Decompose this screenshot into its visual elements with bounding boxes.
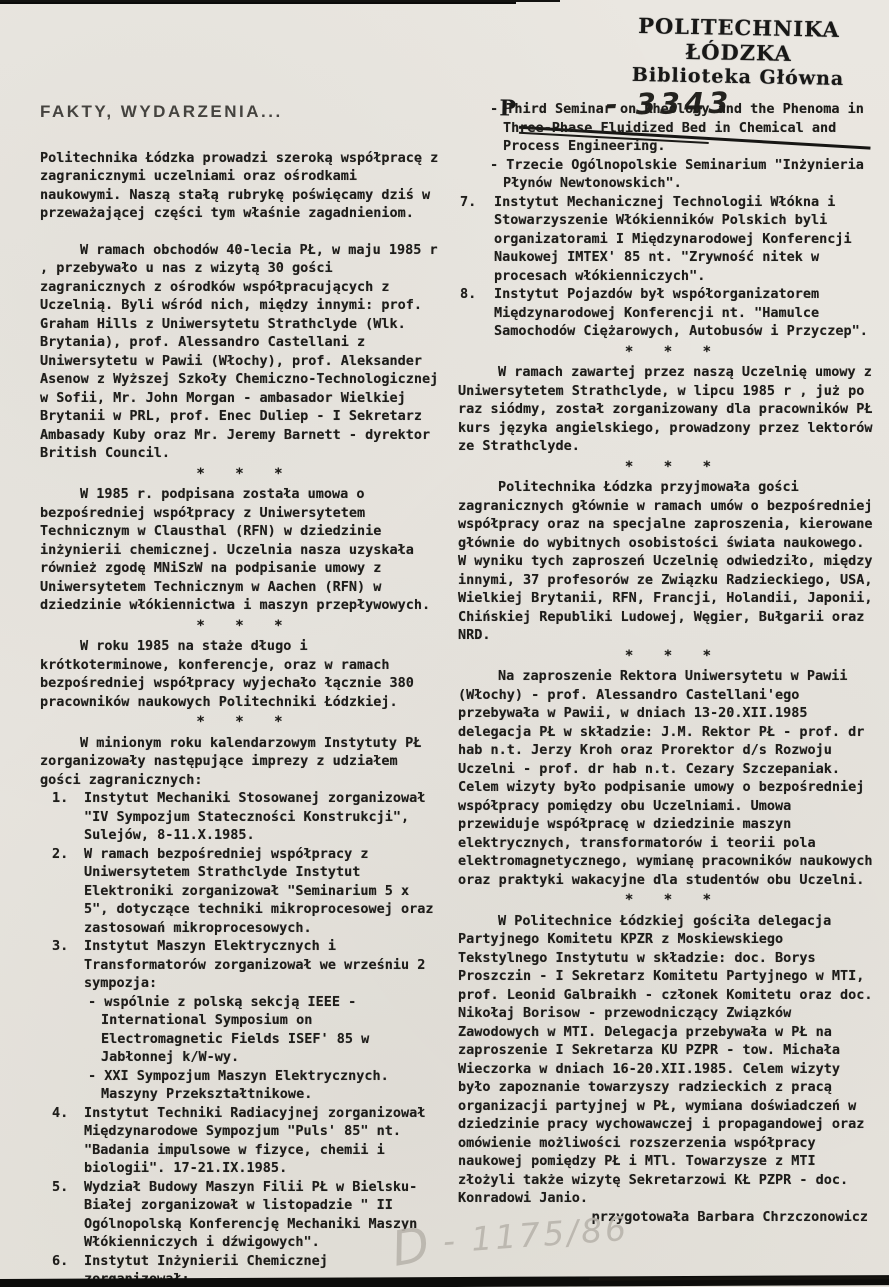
item-number: 2. bbox=[52, 845, 68, 864]
item-number: 8. bbox=[460, 285, 476, 304]
stars-separator: * * * bbox=[458, 343, 878, 362]
item-text: Instytut Techniki Radiacyjnej zorganizow… bbox=[84, 1105, 425, 1177]
paragraph-agreement: W 1985 r. podpisana została umowa o bezp… bbox=[40, 485, 439, 615]
item-number: 4. bbox=[52, 1104, 68, 1123]
paragraph-english-course: W ramach zawartej przez naszą Uczelnię u… bbox=[458, 363, 878, 456]
item-number: 6. bbox=[52, 1252, 68, 1271]
numbered-item-4: 4. Instytut Techniki Radiacyjnej zorgani… bbox=[40, 1104, 439, 1178]
pencil-number: - 1175/86 bbox=[442, 1209, 631, 1261]
paragraph-foreign-guests: Politechnika Łódzka przyjmowała gości za… bbox=[458, 478, 878, 645]
pencil-doodle: D bbox=[388, 1216, 434, 1278]
paragraph-pavia-delegation: Na zaproszenie Rektora Uniwersytetu w Pa… bbox=[458, 667, 878, 889]
numbered-item-8: 8. Instytut Pojazdów był współorganizato… bbox=[458, 285, 878, 341]
paragraph-kpzr-delegation: W Politechnice Łódzkiej gościła delegacj… bbox=[458, 912, 878, 1208]
sub-item: - Trzecie Ogólnopolskie Seminarium "Inży… bbox=[458, 156, 878, 193]
item-text: W ramach bezpośredniej współpracy z Uniw… bbox=[84, 846, 434, 936]
column-right: - Third Seminar on Rheology and the Phen… bbox=[458, 100, 878, 1226]
sub-item: - Third Seminar on Rheology and the Phen… bbox=[458, 100, 878, 156]
numbered-item-1: 1. Instytut Mechaniki Stosowanej zorgani… bbox=[40, 789, 439, 845]
numbered-item-7: 7. Instytut Mechanicznej Technologii Włó… bbox=[458, 193, 878, 286]
scanned-document-page: POLITECHNIKA ŁÓDZKA Biblioteka Główna P … bbox=[0, 0, 889, 1287]
sub-item: - wspólnie z polską sekcją IEEE - Intern… bbox=[40, 993, 439, 1067]
item-text: Instytut Pojazdów był współorganizatorem… bbox=[494, 286, 868, 339]
stamp-institution-name: POLITECHNIKA ŁÓDZKA bbox=[588, 12, 889, 68]
paragraph-trips: W roku 1985 na staże długo i krótkotermi… bbox=[40, 637, 439, 711]
paragraph-intro: Politechnika Łódzka prowadzi szeroką wsp… bbox=[40, 149, 439, 223]
item-number: 1. bbox=[52, 789, 68, 808]
stars-separator: * * * bbox=[40, 465, 439, 484]
item-number: 3. bbox=[52, 937, 68, 956]
stars-separator: * * * bbox=[40, 713, 439, 732]
paragraph-visits: W ramach obchodów 40-lecia PŁ, w maju 19… bbox=[40, 241, 439, 463]
stars-separator: * * * bbox=[458, 891, 878, 910]
sub-item: - XXI Sympozjum Maszyn Elektrycznych. Ma… bbox=[40, 1067, 439, 1104]
stars-separator: * * * bbox=[458, 647, 878, 666]
item-text: Instytut Mechanicznej Technologii Włókna… bbox=[494, 194, 852, 284]
stars-separator: * * * bbox=[458, 458, 878, 477]
paragraph-events-intro: W minionym roku kalendarzowym Instytuty … bbox=[40, 734, 439, 790]
numbered-item-5: 5. Wydział Budowy Maszyn Filii PŁ w Biel… bbox=[40, 1178, 439, 1252]
item-number: 7. bbox=[460, 193, 476, 212]
item-text: Instytut Mechaniki Stosowanej zorganizow… bbox=[84, 790, 425, 843]
item-text: Instytut Maszyn Elektrycznych i Transfor… bbox=[84, 938, 425, 991]
column-left: FAKTY, WYDARZENIA... Politechnika Łódzka… bbox=[40, 103, 439, 1287]
scan-top-edge-artifact bbox=[0, 0, 516, 4]
stars-separator: * * * bbox=[40, 617, 439, 636]
numbered-item-3: 3. Instytut Maszyn Elektrycznych i Trans… bbox=[40, 937, 439, 993]
section-title: FAKTY, WYDARZENIA... bbox=[40, 103, 439, 122]
item-number: 5. bbox=[52, 1178, 68, 1197]
numbered-item-2: 2. W ramach bezpośredniej współpracy z U… bbox=[40, 845, 439, 938]
item-text: Wydział Budowy Maszyn Filii PŁ w Bielsku… bbox=[84, 1179, 417, 1251]
